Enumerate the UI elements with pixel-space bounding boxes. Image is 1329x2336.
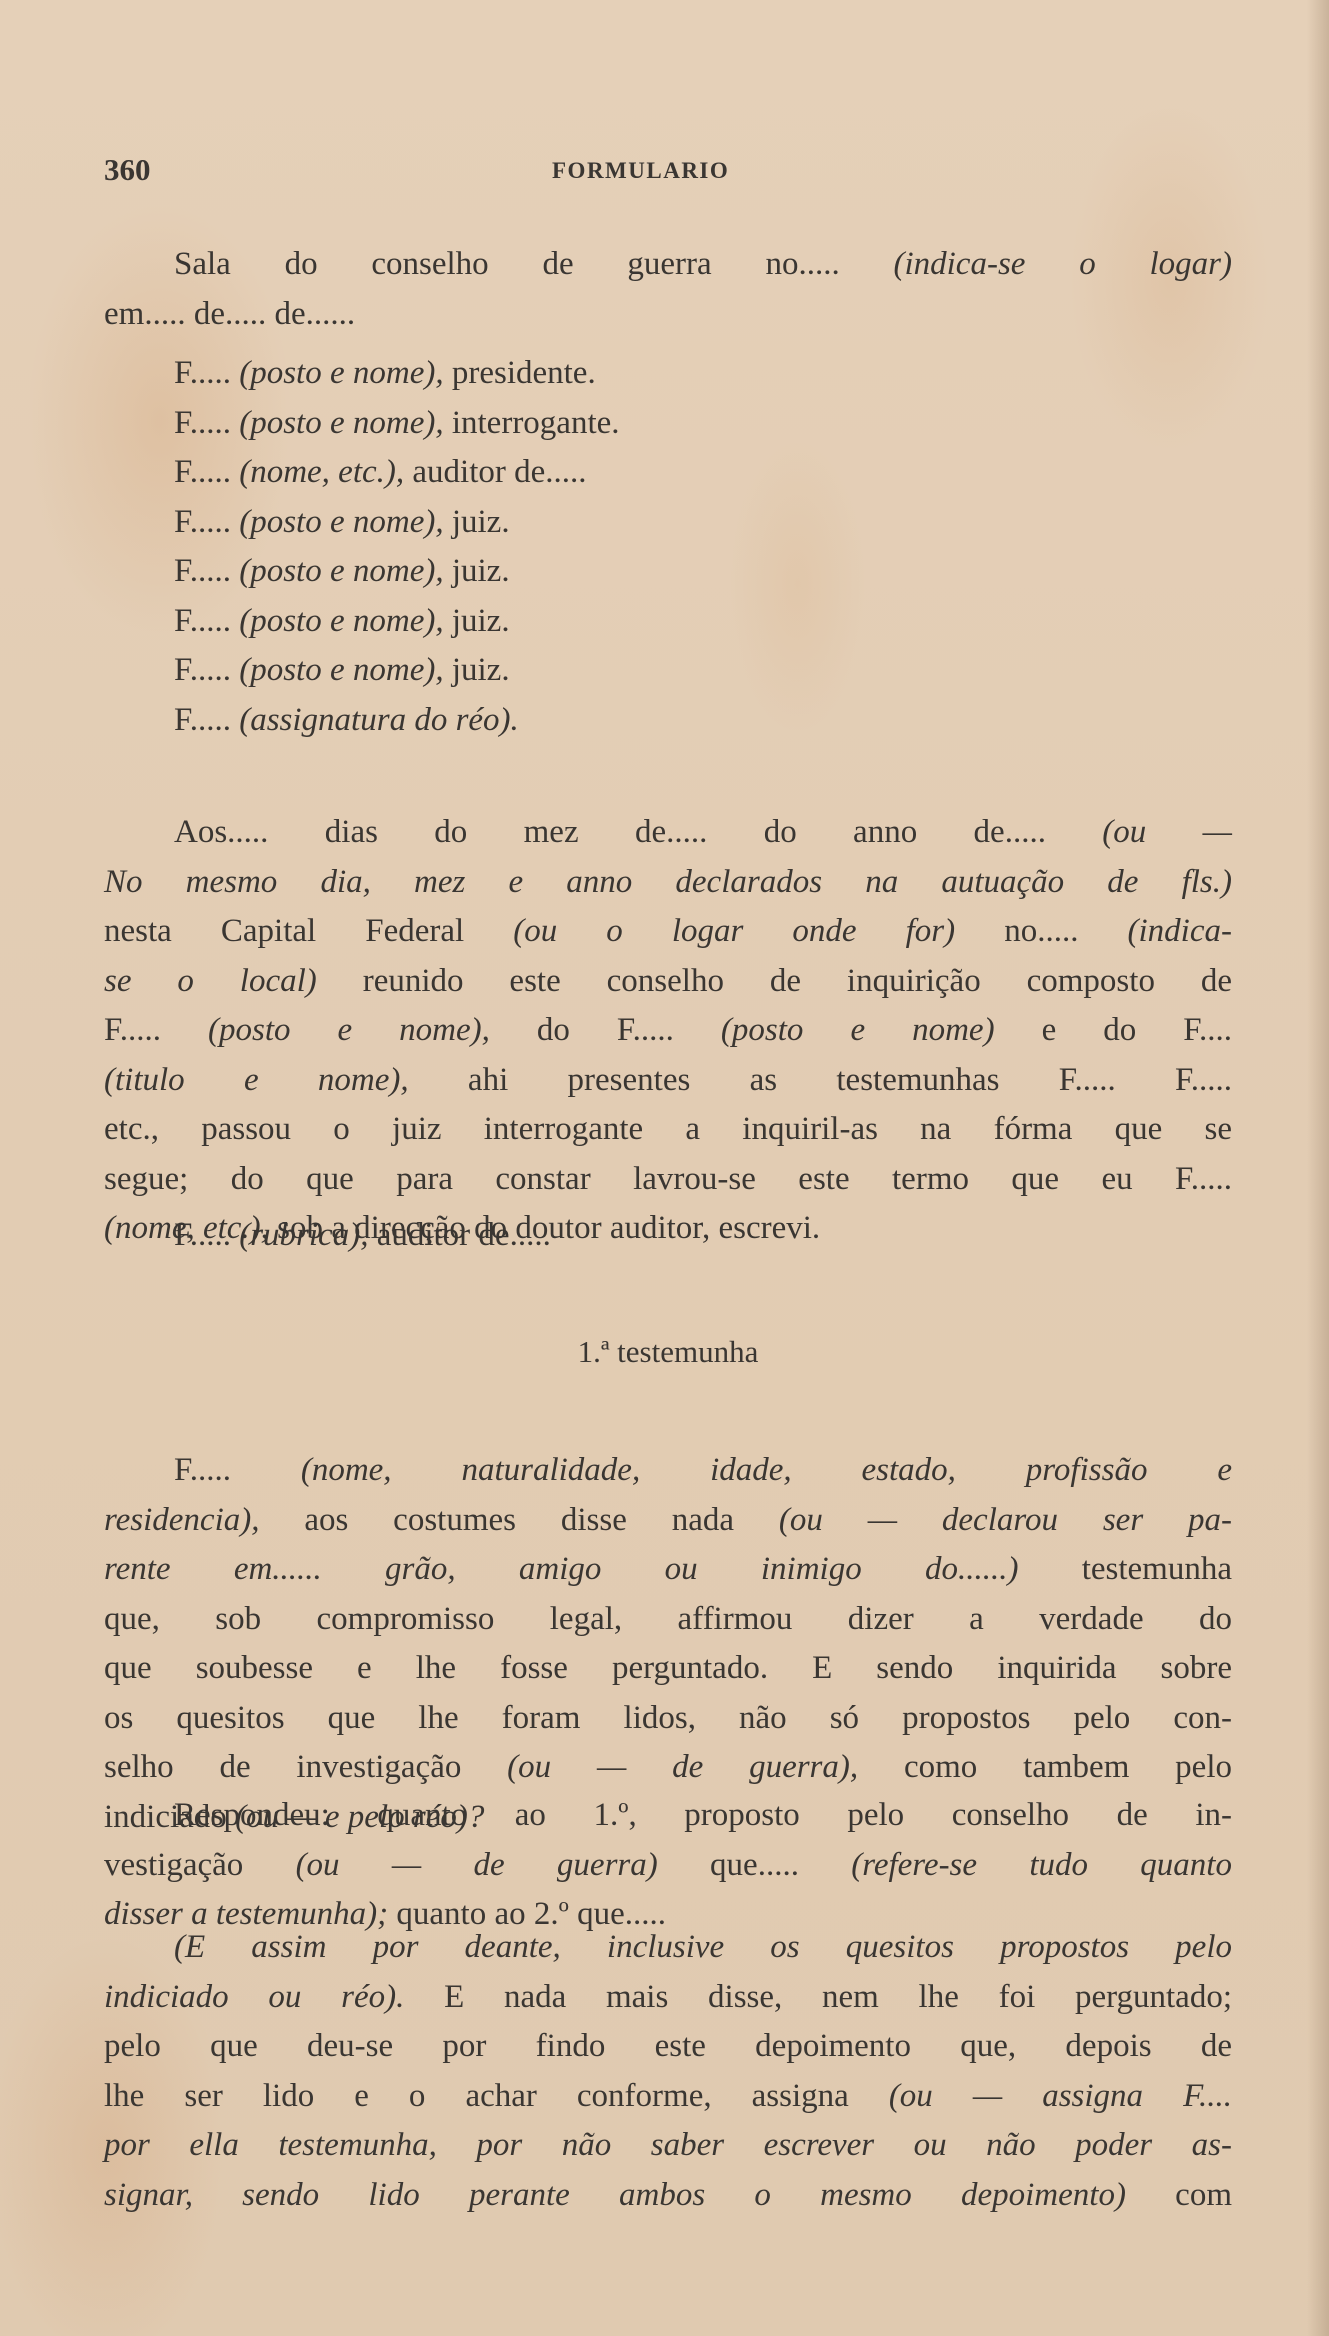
testemunha-line: que, sob compromisso legal, affirmou diz… xyxy=(104,1595,1232,1645)
rubrica-role: auditor de..... xyxy=(368,1217,550,1253)
termo-text: ahi presentes as testemunhas F..... F...… xyxy=(409,1062,1232,1098)
encerramento-text: E nada mais disse, nem lhe foi perguntad… xyxy=(404,1979,1232,2015)
termo-text: e do F.... xyxy=(995,1012,1232,1048)
termo-line: Aos..... dias do mez de..... do anno de.… xyxy=(104,808,1232,858)
testemunha-italic: (nome, naturalidade, idade, estado, prof… xyxy=(301,1452,1232,1488)
signer-line: F..... (nome, etc.), auditor de..... xyxy=(104,448,1232,498)
signer-line: F..... (posto e nome), juiz. xyxy=(104,646,1232,696)
running-head: 360 FORMULARIO xyxy=(104,152,1232,192)
termo-text: no..... xyxy=(955,913,1127,949)
termo-line: segue; do que para constar lavrou-se est… xyxy=(104,1155,1232,1205)
termo-text: do F..... xyxy=(490,1012,721,1048)
termo-text: Aos..... dias do mez de..... do anno de.… xyxy=(174,814,1102,850)
resposta-italic: (refere-se tudo quanto xyxy=(851,1847,1232,1883)
encerramento-italic: (ou — assigna F.... xyxy=(889,2078,1232,2114)
testemunha-italic: rente em...... grão, amigo ou inimigo do… xyxy=(104,1551,1018,1587)
section-heading: 1.ª testemunha xyxy=(104,1327,1232,1377)
signer-prefix: F..... xyxy=(174,652,239,688)
signer-italic: (assignatura do réo). xyxy=(239,702,519,738)
testemunha-line: os quesitos que lhe foram lidos, não só … xyxy=(104,1694,1232,1744)
signer-prefix: F..... xyxy=(174,553,239,589)
encerramento-italic: indiciado ou réo). xyxy=(104,1979,404,2015)
signer-line: F..... (posto e nome), juiz. xyxy=(104,547,1232,597)
signer-italic: (posto e nome), xyxy=(239,504,443,540)
termo-italic: (ou o logar onde for) xyxy=(513,913,955,949)
testemunha-line: residencia), aos costumes disse nada (ou… xyxy=(104,1496,1232,1546)
testemunha-line: que soubesse e lhe fosse perguntado. E s… xyxy=(104,1644,1232,1694)
testemunha-line: rente em...... grão, amigo ou inimigo do… xyxy=(104,1545,1232,1595)
signer-prefix: F..... xyxy=(174,504,239,540)
termo-line: (titulo e nome), ahi presentes as testem… xyxy=(104,1056,1232,1106)
termo-text: F..... xyxy=(104,1012,208,1048)
termo-text: reunido este conselho de inquirição comp… xyxy=(317,963,1232,999)
opening-line-2: em..... de..... de...... xyxy=(104,290,1232,340)
termo-line: se o local) reunido este conselho de inq… xyxy=(104,957,1232,1007)
rubrica-prefix: F..... xyxy=(174,1217,239,1253)
testemunha-text: F..... xyxy=(174,1452,301,1488)
signer-role: auditor de..... xyxy=(404,454,586,490)
termo-line: nesta Capital Federal (ou o logar onde f… xyxy=(104,907,1232,957)
signer-prefix: F..... xyxy=(174,454,239,490)
signer-line: F..... (assignatura do réo). xyxy=(104,696,1232,746)
signer-italic: (posto e nome), xyxy=(239,603,443,639)
rubrica-line: F..... (rubrica), auditor de..... xyxy=(104,1211,1232,1261)
signer-prefix: F..... xyxy=(174,405,239,441)
testemunha-paragraph: F..... (nome, naturalidade, idade, estad… xyxy=(104,1446,1232,1842)
testemunha-italic: (ou — de guerra), xyxy=(507,1749,858,1785)
opening-italic: (indica-se o logar) xyxy=(893,246,1232,282)
rubrica-text: F..... (rubrica), auditor de..... xyxy=(104,1211,1232,1261)
termo-italic: (posto e nome), xyxy=(208,1012,490,1048)
testemunha-text: selho de investigação xyxy=(104,1749,507,1785)
termo-paragraph: Aos..... dias do mez de..... do anno de.… xyxy=(104,808,1232,1254)
signer-prefix: F..... xyxy=(174,603,239,639)
testemunha-text: testemunha xyxy=(1018,1551,1232,1587)
termo-italic: (indica- xyxy=(1128,913,1232,949)
signer-italic: (posto e nome), xyxy=(239,553,443,589)
signer-italic: (posto e nome), xyxy=(239,405,443,441)
opening-paragraph: Sala do conselho de guerra no..... (indi… xyxy=(104,240,1232,339)
encerramento-line: indiciado ou réo). E nada mais disse, ne… xyxy=(104,1973,1232,2023)
signer-italic: (nome, etc.), xyxy=(239,454,404,490)
resposta-text: vestigação xyxy=(104,1847,296,1883)
testemunha-text: aos costumes disse nada xyxy=(259,1502,778,1538)
signer-line: F..... (posto e nome), interrogante. xyxy=(104,399,1232,449)
resposta-paragraph: Respondeu: quanto ao 1.º, proposto pelo … xyxy=(104,1791,1232,1940)
encerramento-line: pelo que deu-se por findo este depoiment… xyxy=(104,2022,1232,2072)
signer-line: F..... (posto e nome), juiz. xyxy=(104,597,1232,647)
encerramento-italic: signar, sendo lido perante ambos o mesmo… xyxy=(104,2177,1126,2213)
resposta-text: que..... xyxy=(658,1847,851,1883)
signer-role: juiz. xyxy=(444,603,510,639)
termo-text: nesta Capital Federal xyxy=(104,913,513,949)
termo-italic: se o local) xyxy=(104,963,317,999)
signer-role: presidente. xyxy=(444,355,596,391)
opening-text: Sala do conselho de guerra no..... xyxy=(174,246,893,282)
resposta-line: vestigação (ou — de guerra) que..... (re… xyxy=(104,1841,1232,1891)
signer-line: F..... (posto e nome), juiz. xyxy=(104,498,1232,548)
resposta-line: Respondeu: quanto ao 1.º, proposto pelo … xyxy=(104,1791,1232,1841)
page-number: 360 xyxy=(104,152,151,188)
signer-line: F..... (posto e nome), presidente. xyxy=(104,349,1232,399)
encerramento-line: lhe ser lido e o achar conforme, assigna… xyxy=(104,2072,1232,2122)
termo-line: No mesmo dia, mez e anno declarados na a… xyxy=(104,858,1232,908)
termo-italic: (titulo e nome), xyxy=(104,1062,409,1098)
signer-italic: (posto e nome), xyxy=(239,652,443,688)
testemunha-line: F..... (nome, naturalidade, idade, estad… xyxy=(104,1446,1232,1496)
termo-line: etc., passou o juiz interrogante a inqui… xyxy=(104,1105,1232,1155)
termo-italic: (posto e nome) xyxy=(721,1012,995,1048)
signer-role: interrogante. xyxy=(444,405,620,441)
signer-role: juiz. xyxy=(444,504,510,540)
encerramento-line: por ella testemunha, por não saber escre… xyxy=(104,2121,1232,2171)
page-edge-shadow xyxy=(1307,0,1329,2336)
signer-role: juiz. xyxy=(444,553,510,589)
testemunha-text: como tambem pelo xyxy=(858,1749,1232,1785)
signer-prefix: F..... xyxy=(174,702,239,738)
signer-prefix: F..... xyxy=(174,355,239,391)
testemunha-italic: (ou — declarou ser pa- xyxy=(779,1502,1232,1538)
signer-role: juiz. xyxy=(444,652,510,688)
rubrica-italic: (rubrica), xyxy=(239,1217,368,1253)
encerramento-paragraph: (E assim por deante, inclusive os quesit… xyxy=(104,1923,1232,2220)
testemunha-italic: residencia), xyxy=(104,1502,259,1538)
testemunha-line: selho de investigação (ou — de guerra), … xyxy=(104,1743,1232,1793)
resposta-italic: (ou — de guerra) xyxy=(296,1847,658,1883)
running-title: FORMULARIO xyxy=(552,158,729,184)
signer-italic: (posto e nome), xyxy=(239,355,443,391)
encerramento-text: com xyxy=(1126,2177,1232,2213)
opening-line-1: Sala do conselho de guerra no..... (indi… xyxy=(104,240,1232,290)
termo-italic: (ou — xyxy=(1102,814,1232,850)
encerramento-line: (E assim por deante, inclusive os quesit… xyxy=(104,1923,1232,1973)
signers-list: F..... (posto e nome), presidente. F....… xyxy=(104,349,1232,745)
termo-line: F..... (posto e nome), do F..... (posto … xyxy=(104,1006,1232,1056)
encerramento-text: lhe ser lido e o achar conforme, assigna xyxy=(104,2078,889,2114)
encerramento-line: signar, sendo lido perante ambos o mesmo… xyxy=(104,2171,1232,2221)
